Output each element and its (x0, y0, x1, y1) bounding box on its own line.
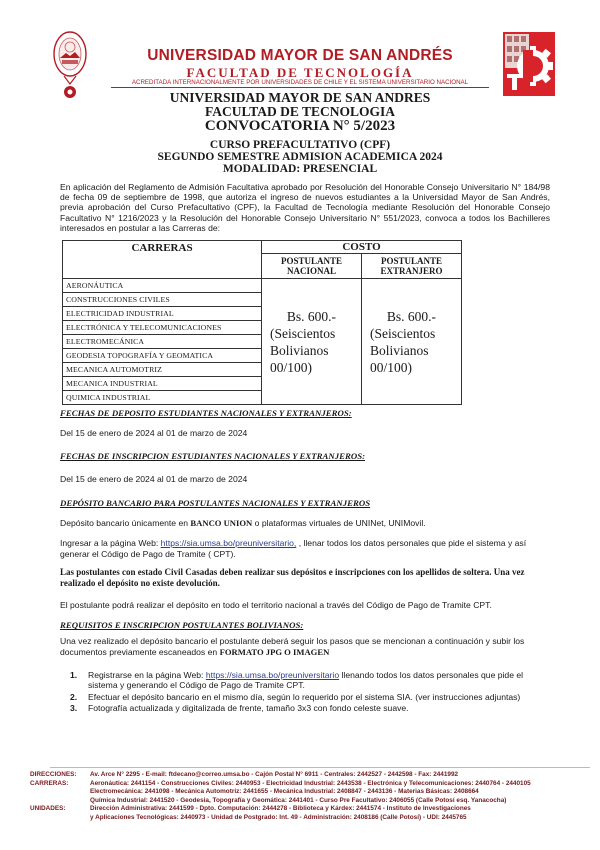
col-cost-header: COSTO (262, 241, 462, 254)
career-name: GEODESIA TOPOGRAFÍA Y GEOMATICA (63, 349, 262, 363)
career-name: MECANICA AUTOMOTRIZ (63, 363, 262, 377)
footer-label: CARRERAS: (30, 780, 90, 789)
footer-row: y Aplicaciones Tecnológicas: 2440973 - U… (30, 814, 600, 823)
accreditation-line: ACREDITADA INTERNACIONALMENTE POR UNIVER… (111, 79, 489, 88)
career-name: ELECTROMECÁNICA (63, 335, 262, 349)
career-name: CONSTRUCCIONES CIVILES (63, 293, 262, 307)
footer-text: y Aplicaciones Tecnológicas: 2440973 - U… (90, 814, 600, 823)
price-words: (Seiscientos Bolivianos 00/100) (270, 326, 335, 375)
bank-name: BANCO UNION (190, 518, 252, 528)
bank-deposit-line: Depósito bancario únicamente en BANCO UN… (60, 518, 550, 529)
step-link[interactable]: https://sia.umsa.bo/preuniversitario (206, 670, 339, 680)
footer-row: CARRERAS:Aeronáutica: 2441154 - Construc… (30, 780, 600, 789)
course-heading: CURSO PREFACULTATIVO (CPF) (0, 139, 600, 151)
step-text: Fotografía actualizada y digitalizada de… (88, 703, 409, 713)
step-item: 2.Efectuar el depósito bancario en el mi… (60, 692, 550, 702)
career-name: QUIMICA INDUSTRIAL (63, 391, 262, 405)
convocatoria-heading: CONVOCATORIA N° 5/2023 (0, 118, 600, 135)
footer-text: Aeronáutica: 2441154 - Construcciones Ci… (90, 780, 600, 789)
intro-paragraph: En aplicación del Reglamento de Admisión… (60, 182, 550, 233)
sia-link[interactable]: https://sia.umsa.bo/preuniversitario, (161, 538, 297, 548)
footer-text: Dirección Administrativa: 2441599 - Dpto… (90, 805, 600, 814)
career-name: MECANICA INDUSTRIAL (63, 377, 262, 391)
price-amount: Bs. 600.- (270, 308, 353, 325)
web-instructions: Ingresar a la página Web: https://sia.um… (60, 538, 550, 559)
table-row: AERONÁUTICABs. 600.-(Seiscientos Bolivia… (63, 279, 462, 293)
step-number: 3. (70, 703, 77, 713)
career-name: AERONÁUTICA (63, 279, 262, 293)
requirements-steps: 1.Registrarse en la página Web: https://… (60, 670, 550, 714)
step-item: 3.Fotografía actualizada y digitalizada … (60, 703, 550, 713)
step-number: 1. (70, 670, 77, 680)
footer-label (30, 814, 90, 823)
deposit-dates-text: Del 15 de enero de 2024 al 01 de marzo d… (60, 428, 550, 439)
bank-text-post: o plataformas virtuales de UNINet, UNIMo… (252, 518, 425, 528)
deposit-dates-title: FECHAS DE DEPOSITO ESTUDIANTES NACIONALE… (60, 408, 352, 418)
footer-text: Electromecánica: 2441098 - Mecánica Auto… (90, 788, 600, 797)
footer-label (30, 797, 90, 806)
footer-row: Electromecánica: 2441098 - Mecánica Auto… (30, 788, 600, 797)
territory-note: El postulante podrá realizar el depósito… (60, 600, 550, 611)
web-text-pre: Ingresar a la página Web: (60, 538, 161, 548)
career-name: ELECTRICIDAD INDUSTRIAL (63, 307, 262, 321)
career-name: ELECTRÓNICA Y TELECOMUNICACIONES (63, 321, 262, 335)
price-foreign: Bs. 600.-(Seiscientos Bolivianos 00/100) (362, 279, 462, 405)
modality-heading: MODALIDAD: PRESENCIAL (0, 163, 600, 175)
footer-label: DIRECCIONES: (30, 771, 90, 780)
footer-row: UNIDADES:Dirección Administrativa: 24415… (30, 805, 600, 814)
footer-label: UNIDADES: (30, 805, 90, 814)
col-foreign-header: POSTULANTE EXTRANJERO (362, 254, 462, 279)
bank-text-pre: Depósito bancario únicamente en (60, 518, 190, 528)
semester-heading: SEGUNDO SEMESTRE ADMISION ACADEMICA 2024 (0, 151, 600, 163)
inscription-dates-text: Del 15 de enero de 2024 al 01 de marzo d… (60, 474, 550, 485)
married-note: Las postulantes con estado Civil Casadas… (60, 567, 550, 588)
footer-contacts: DIRECCIONES:Av. Arce N° 2295 - E-mail: f… (30, 771, 600, 823)
step-item: 1.Registrarse en la página Web: https://… (60, 670, 550, 691)
price-national: Bs. 600.-(Seiscientos Bolivianos 00/100) (262, 279, 362, 405)
university-title-red: UNIVERSIDAD MAYOR DE SAN ANDRÉS (0, 47, 600, 65)
inscription-dates-title: FECHAS DE INSCRIPCION ESTUDIANTES NACION… (60, 451, 365, 461)
footer-divider (50, 767, 590, 768)
footer-row: Química Industrial: 2441520 - Geodesia, … (30, 797, 600, 806)
footer-text: Av. Arce N° 2295 - E-mail: ftdecano@corr… (90, 771, 600, 780)
step-number: 2. (70, 692, 77, 702)
footer-row: DIRECCIONES:Av. Arce N° 2295 - E-mail: f… (30, 771, 600, 780)
col-national-header: POSTULANTE NACIONAL (262, 254, 362, 279)
step-text: Efectuar el depósito bancario en el mism… (88, 692, 520, 702)
footer-text: Química Industrial: 2441520 - Geodesia, … (90, 797, 600, 806)
requirements-intro: Una vez realizado el depósito bancario e… (60, 636, 550, 657)
step-text: Registrarse en la página Web: (88, 670, 206, 680)
price-words: (Seiscientos Bolivianos 00/100) (370, 326, 435, 375)
price-amount: Bs. 600.- (370, 308, 453, 325)
bank-deposit-title: DEPÓSITO BANCARIO PARA POSTULANTES NACIO… (60, 498, 370, 508)
format-note: FORMATO JPG O IMAGEN (220, 647, 330, 657)
footer-label (30, 788, 90, 797)
col-careers-header: CARRERAS (63, 241, 262, 279)
requirements-title: REQUISITOS E INSCRIPCION POSTULANTES BOL… (60, 620, 303, 630)
careers-cost-table: CARRERAS COSTO POSTULANTE NACIONAL POSTU… (62, 240, 462, 405)
